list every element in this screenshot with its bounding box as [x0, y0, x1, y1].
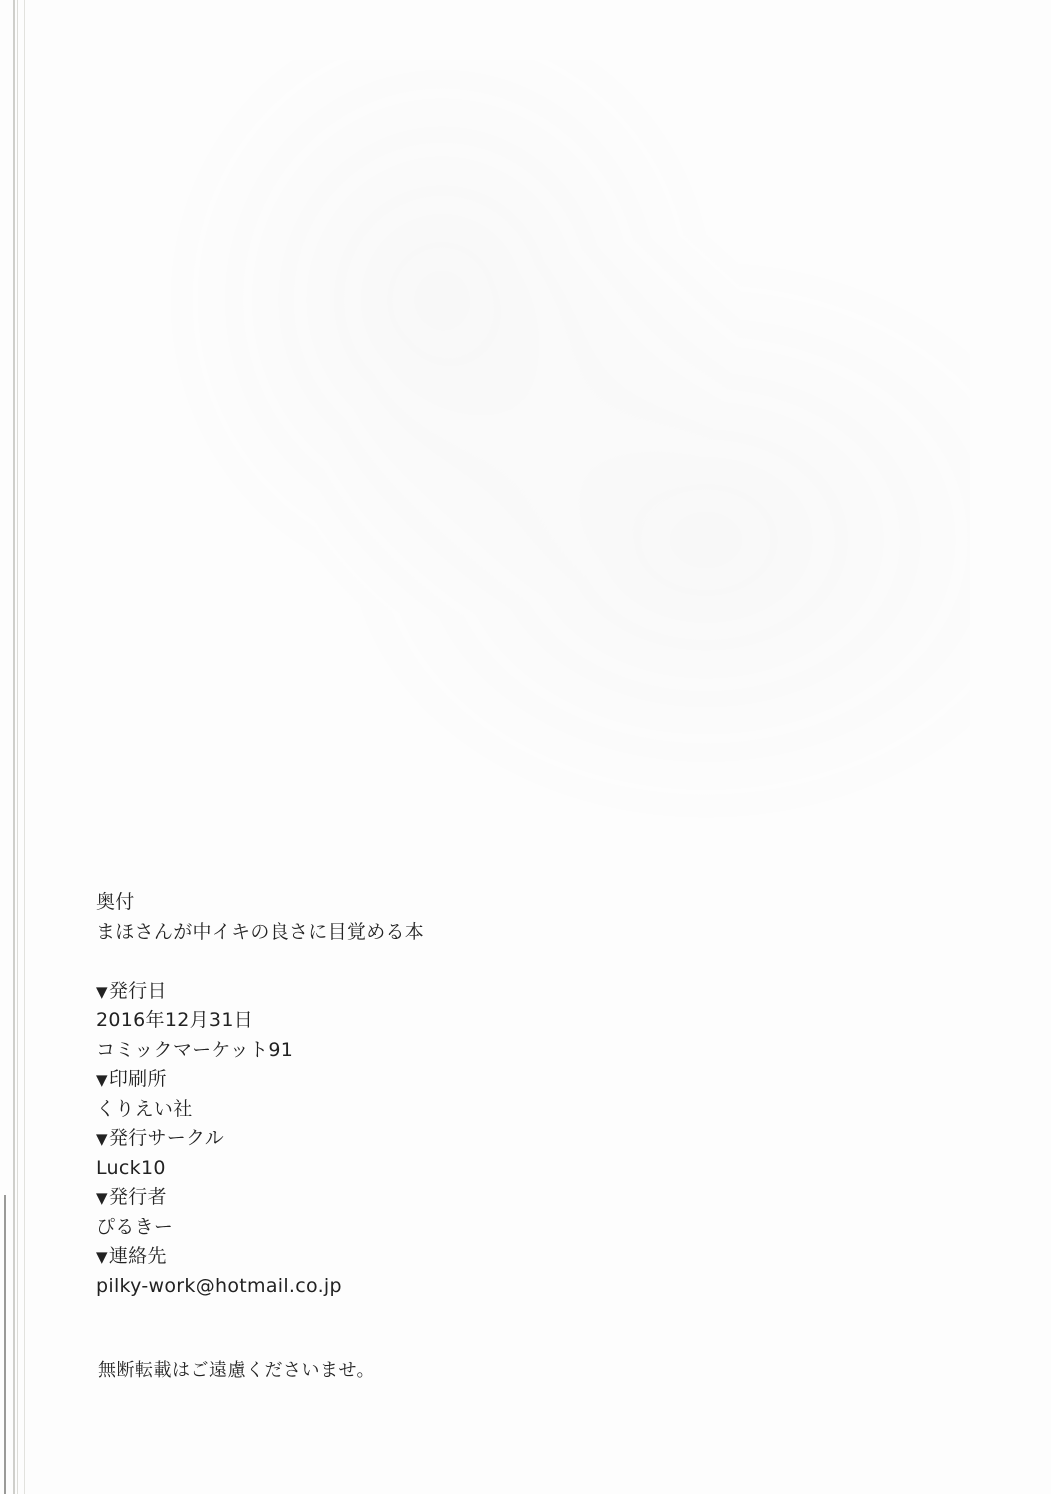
triangle-marker-icon: ▼ [96, 1071, 108, 1089]
copyright-notice: 無断転載はご遠慮くださいませ。 [98, 1356, 375, 1382]
colophon-heading: 奥付 [96, 888, 424, 918]
bleed-through-artwork [90, 60, 970, 860]
contact-email: pilky-work@hotmail.co.jp [96, 1272, 424, 1302]
binding-edge-line [24, 0, 25, 1494]
triangle-marker-icon: ▼ [96, 1248, 108, 1266]
section-label-publish-date: ▼発行日 [96, 977, 424, 1007]
section-label-printer: ▼印刷所 [96, 1065, 424, 1095]
triangle-marker-icon: ▼ [96, 1130, 108, 1148]
colophon: 奥付 まほさんが中イキの良さに目覚める本 ▼発行日 2016年12月31日 コミ… [96, 888, 424, 1301]
book-title: まほさんが中イキの良さに目覚める本 [96, 918, 424, 948]
page-edge-shadow [4, 1195, 6, 1494]
binding-edge-line [17, 0, 18, 1494]
publisher-name: ぴるきー [96, 1213, 424, 1243]
section-label-publisher: ▼発行者 [96, 1183, 424, 1213]
circle-name: Luck10 [96, 1154, 424, 1184]
triangle-marker-icon: ▼ [96, 983, 108, 1001]
triangle-marker-icon: ▼ [96, 1189, 108, 1207]
section-label-circle: ▼発行サークル [96, 1124, 424, 1154]
binding-edge-line [13, 0, 15, 1494]
publish-date: 2016年12月31日 [96, 1006, 424, 1036]
event-name: コミックマーケット91 [96, 1036, 424, 1066]
section-label-contact: ▼連絡先 [96, 1242, 424, 1272]
printer-name: くりえい社 [96, 1095, 424, 1125]
